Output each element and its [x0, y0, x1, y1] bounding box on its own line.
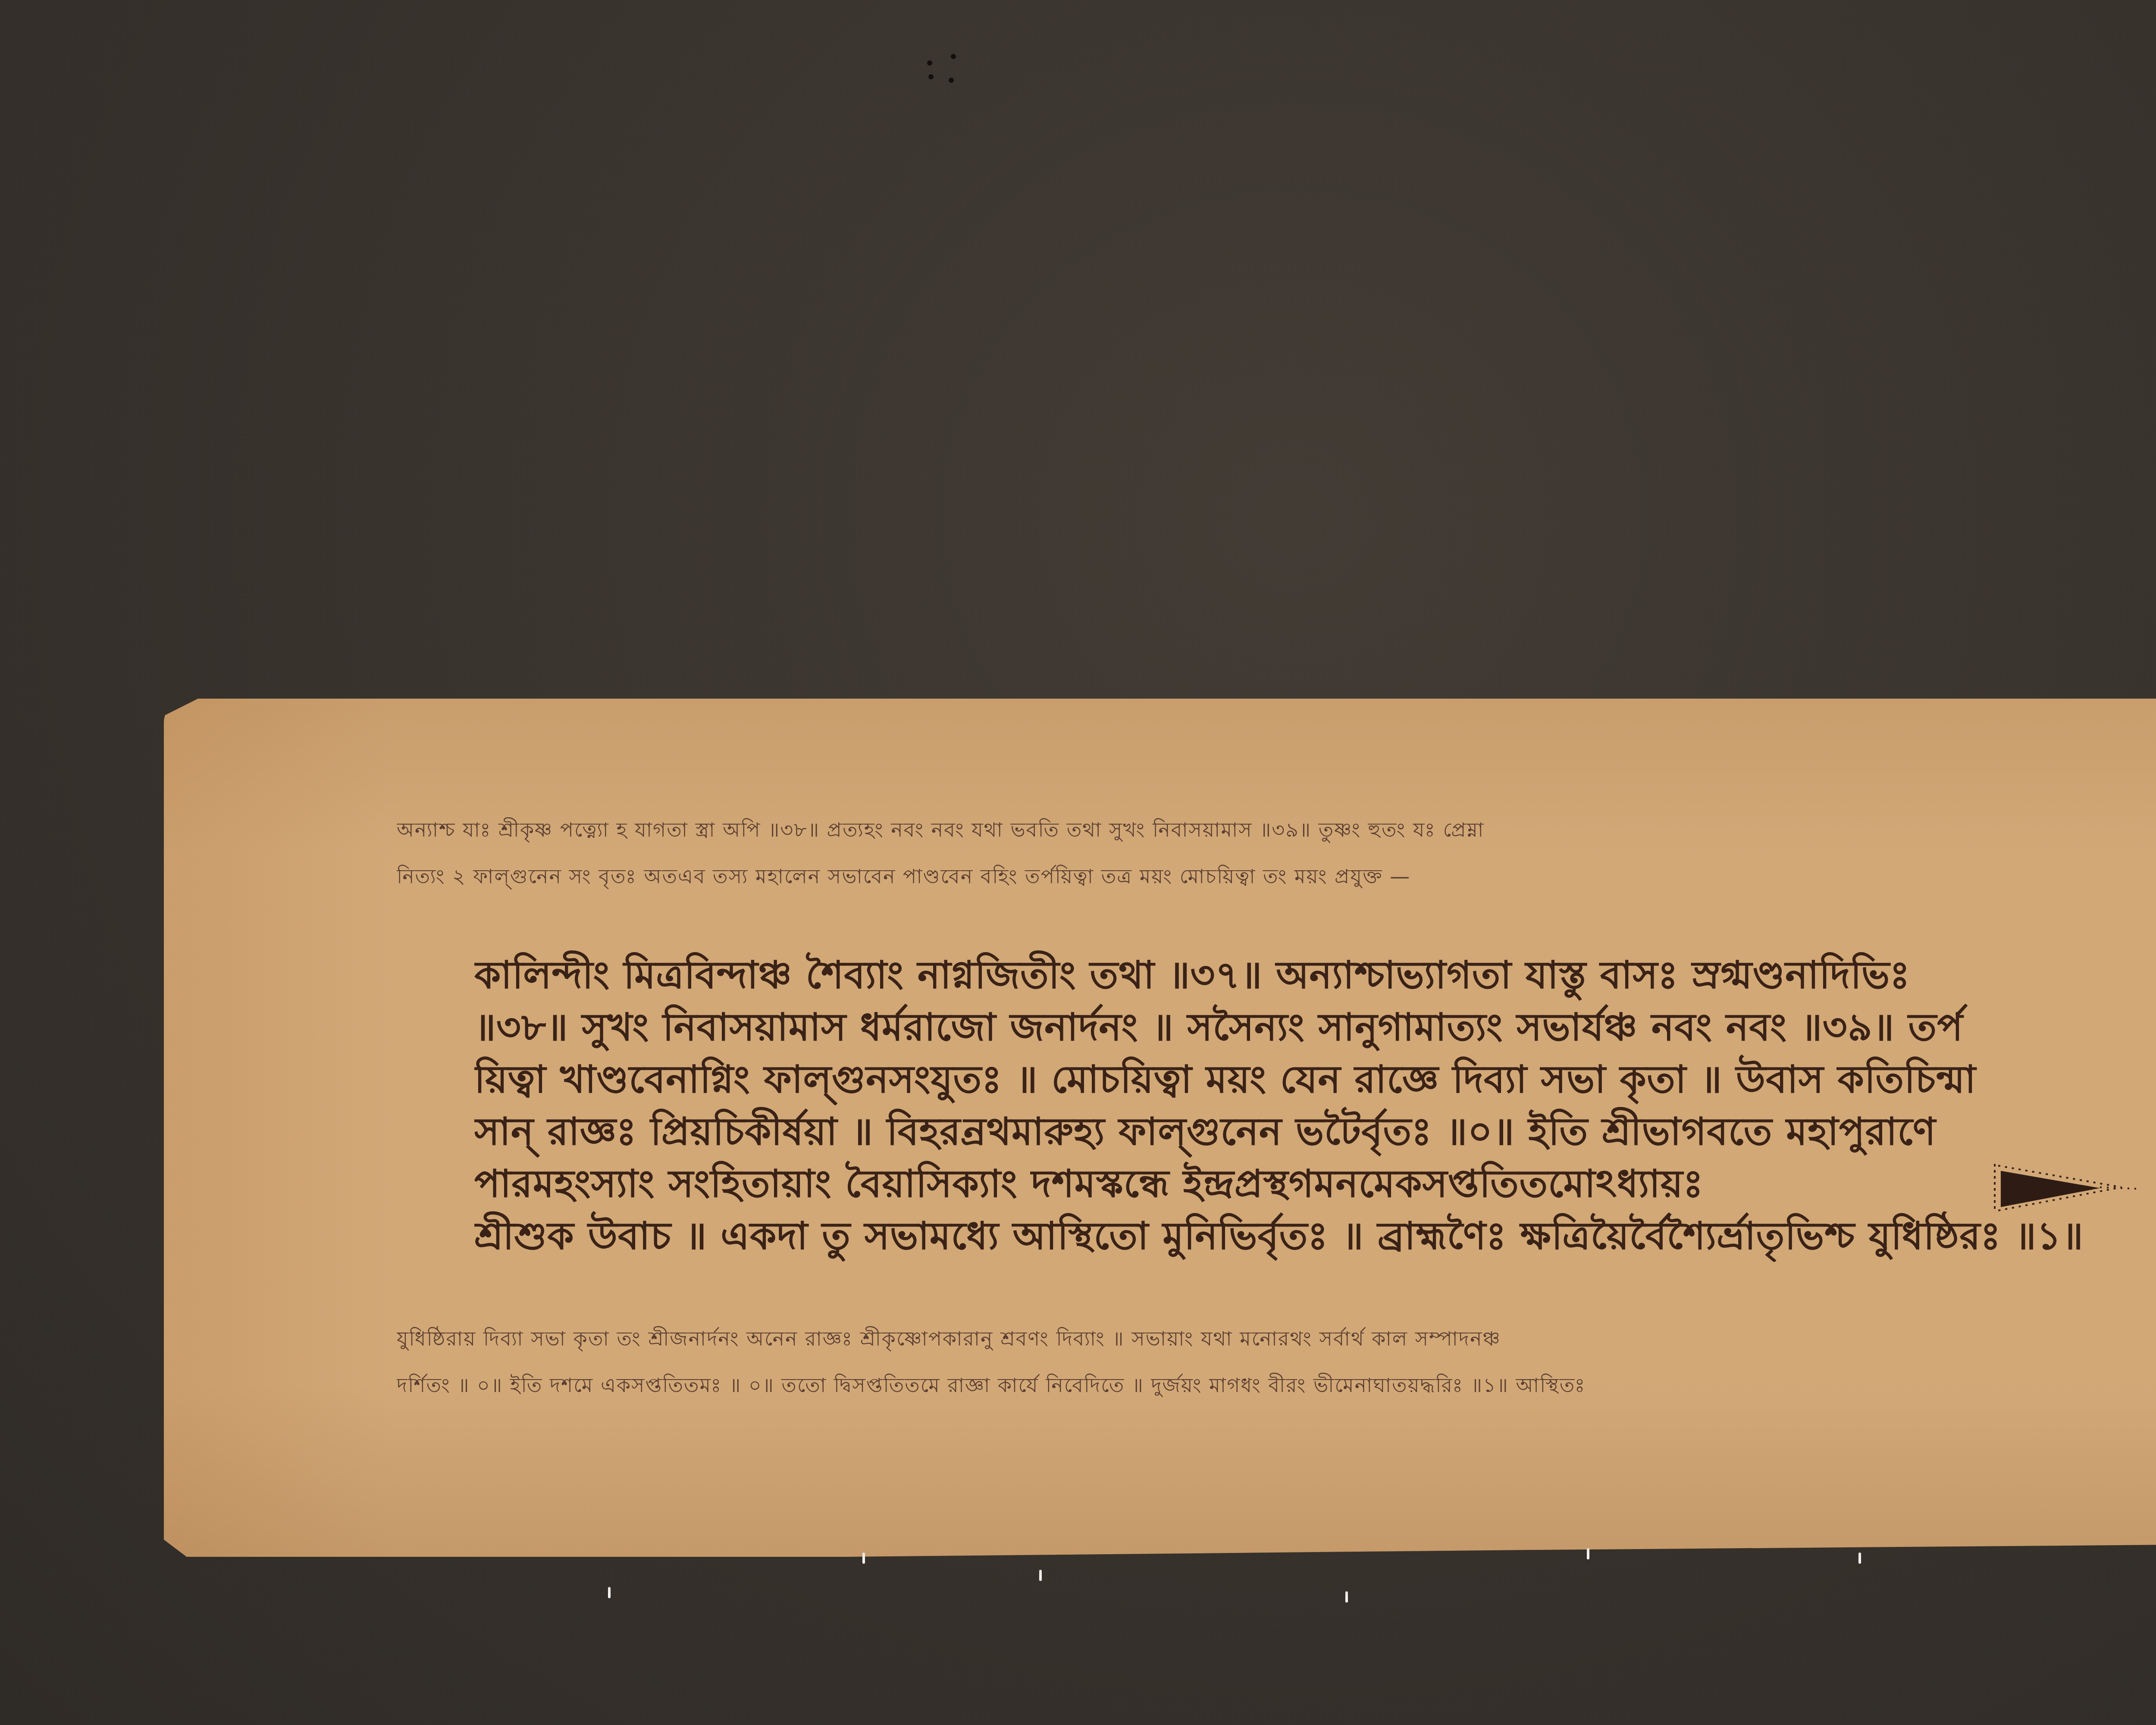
pin-holes: [927, 47, 962, 82]
manuscript-leaf: অন্যাশ্চ যাঃ শ্রীকৃষ্ণ পত্ন্যো হ যাগতা স…: [164, 699, 2156, 1557]
gloss-line: যুধিষ্ঠিরায় দিব্যা সভা কৃতা তং শ্রীজনার…: [397, 1315, 2156, 1362]
main-text-line: য়িত্বা খাণ্ডবেনাগ্নিং ফাল্গুনসংযুতঃ ॥ ম…: [474, 1053, 2156, 1105]
main-text-line: সান্ রাজ্ঞঃ প্রিয়চিকীর্ষয়া ॥ বিহরন্রথম…: [474, 1105, 2156, 1157]
gloss-line: দর্শিতং ॥ ০॥ ইতি দশমে একসপ্ততিতমঃ ॥ ০॥ ত…: [397, 1362, 2156, 1408]
main-text-line: কালিন্দীং মিত্রবিন্দাঞ্চ শৈব্যাং নাগ্নজি…: [474, 949, 2156, 1001]
main-text-line: শ্রীশুক উবাচ ॥ একদা তু সভামধ্যে আস্থিতো …: [474, 1210, 2156, 1262]
chapter-end-triangle-icon: [1992, 1162, 2143, 1214]
main-text-line: পারমহংস্যাং সংহিতায়াং বৈয়াসিক্যাং দশমস…: [474, 1157, 2156, 1210]
main-text-line: ॥৩৮॥ সুখং নিবাসয়ামাস ধর্মরাজো জনার্দনং …: [474, 1001, 2156, 1053]
main-text-block: কালিন্দীং মিত্রবিন্দাঞ্চ শৈব্যাং নাগ্নজি…: [474, 949, 2156, 1262]
top-marginal-gloss: অন্যাশ্চ যাঃ শ্রীকৃষ্ণ পত্ন্যো হ যাগতা স…: [397, 806, 2156, 900]
gloss-line: অন্যাশ্চ যাঃ শ্রীকৃষ্ণ পত্ন্যো হ যাগতা স…: [397, 806, 2156, 853]
gloss-line: নিত্যং ২ ফাল্গুনেন সং বৃতঃ অতএব তস্য মহা…: [397, 853, 2156, 900]
bottom-marginal-gloss: যুধিষ্ঠিরায় দিব্যা সভা কৃতা তং শ্রীজনার…: [397, 1315, 2156, 1408]
